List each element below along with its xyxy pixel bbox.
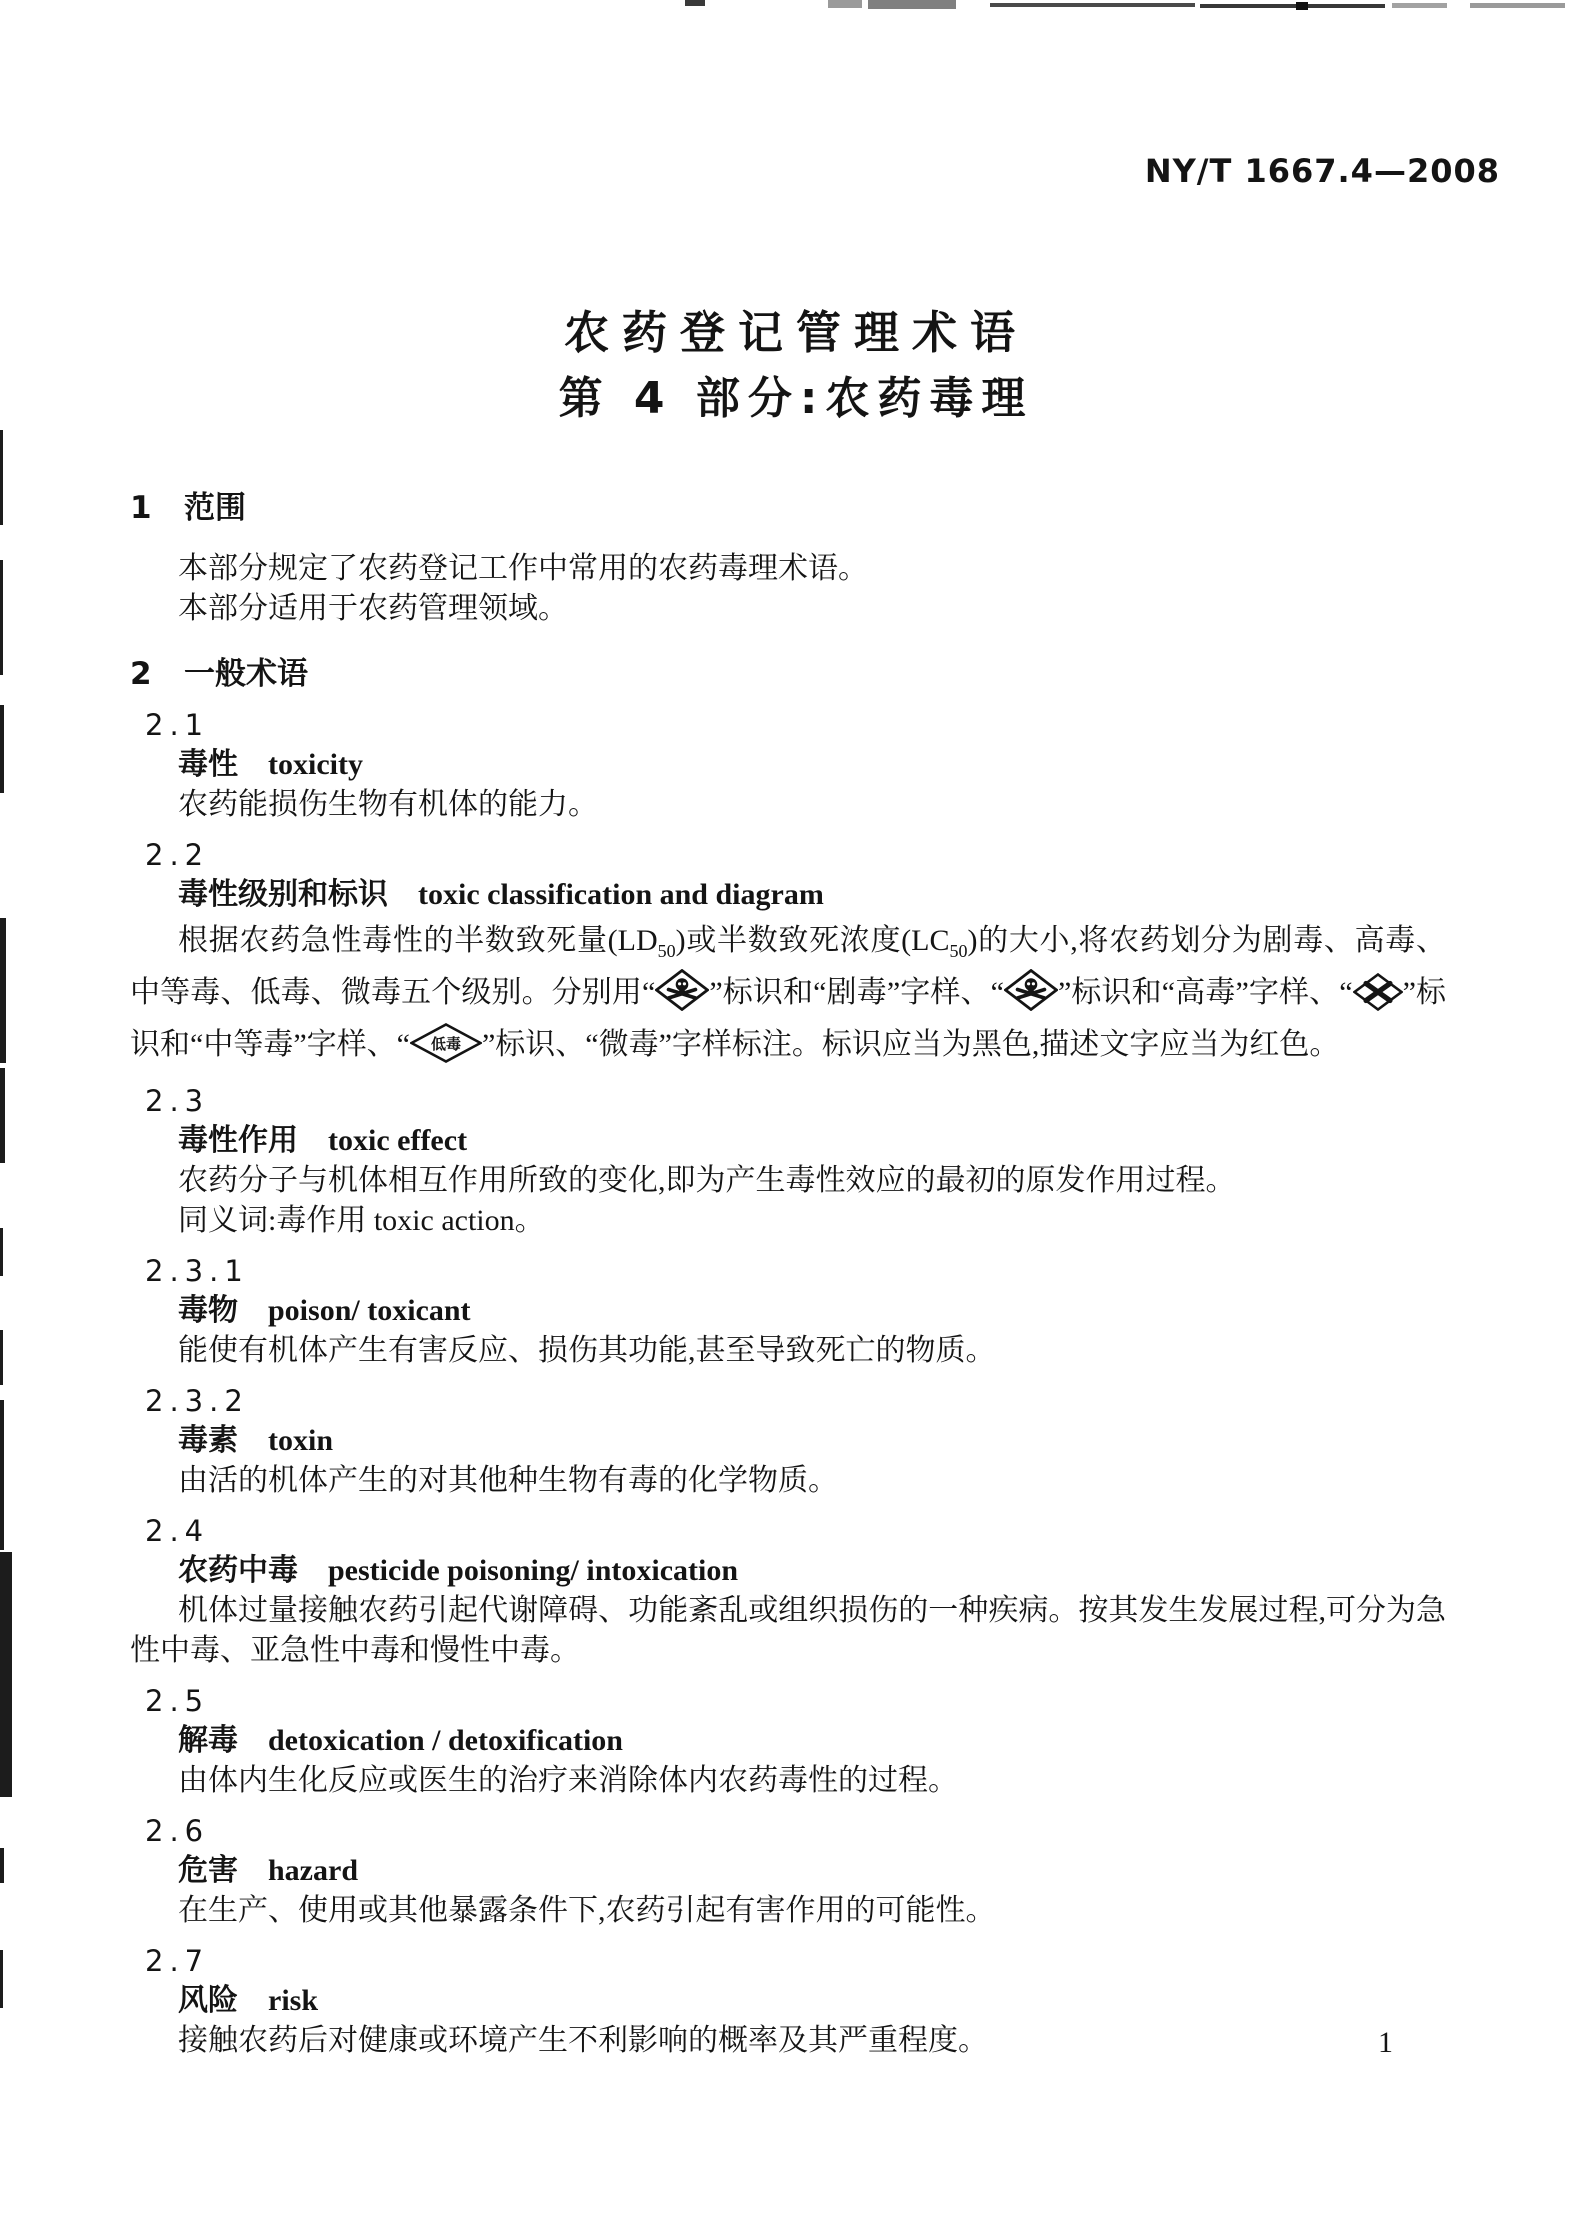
skull-diamond-icon — [655, 969, 709, 1011]
low-toxicity-label: 低毒 — [431, 1035, 461, 1053]
term-english: toxic effect — [328, 1124, 467, 1157]
term-heading: 毒性toxicity — [130, 745, 1446, 785]
term-number: 2.3.1 — [130, 1251, 1446, 1291]
term-definition: 由活的机体产生的对其他种生物有毒的化学物质。 — [130, 1461, 1446, 1501]
subscript: 50 — [949, 941, 967, 961]
term-number: 2.1 — [130, 705, 1446, 745]
scope-paragraphs: 本部分规定了农药登记工作中常用的农药毒理术语。 本部分适用于农药管理领域。 — [130, 549, 1446, 629]
section-heading-label: 范围 — [184, 487, 246, 529]
term-definition: 由体内生化反应或医生的治疗来消除体内农药毒性的过程。 — [130, 1761, 1446, 1801]
term-chinese: 毒性级别和标识 — [178, 877, 388, 912]
paragraph: 本部分适用于农药管理领域。 — [130, 589, 1446, 629]
term-number: 2.6 — [130, 1811, 1446, 1851]
term-definition: 农药能损伤生物有机体的能力。 — [130, 785, 1446, 825]
term-heading: 毒性级别和标识toxic classification and diagram — [130, 875, 1446, 915]
term-definition: 机体过量接触农药引起代谢障碍、功能紊乱或组织损伤的一种疾病。按其发生发展过程,可… — [130, 1591, 1446, 1671]
scan-artifact — [1296, 2, 1308, 10]
page-number: 1 — [1378, 2026, 1393, 2060]
term-english: toxin — [268, 1424, 333, 1457]
document-title: 农药登记管理术语 第 4 部分:农药毒理 — [0, 300, 1592, 432]
term-chinese: 风险 — [178, 1983, 238, 2018]
term-english: poison/ toxicant — [268, 1294, 471, 1327]
term-chinese: 毒性 — [178, 747, 238, 782]
document-body: 1 范围 本部分规定了农药登记工作中常用的农药毒理术语。 本部分适用于农药管理领… — [130, 487, 1446, 2061]
paragraph: 本部分规定了农药登记工作中常用的农药毒理术语。 — [130, 549, 1446, 589]
scan-artifact — [0, 1950, 3, 2008]
term-number: 2.7 — [130, 1941, 1446, 1981]
term-chinese: 危害 — [178, 1853, 238, 1888]
low-toxicity-diamond-icon: 低毒 — [410, 1023, 482, 1063]
section-heading-label: 一般术语 — [184, 653, 308, 695]
term-english: detoxication / detoxification — [268, 1724, 623, 1757]
term-chinese: 毒素 — [178, 1423, 238, 1458]
section-heading-scope: 1 范围 — [130, 487, 1446, 529]
crossbones-diamond-icon — [1353, 973, 1403, 1011]
term-entry: 2.3 毒性作用toxic effect 农药分子与机体相互作用所致的变化,即为… — [130, 1081, 1446, 1241]
section-number: 1 — [130, 487, 184, 529]
term-definition: 根据农药急性毒性的半数致死量(LD50)或半数致死浓度(LC50)的大小,将农药… — [130, 915, 1446, 1071]
scan-artifact — [0, 430, 3, 525]
term-heading: 危害hazard — [130, 1851, 1446, 1891]
term-heading: 毒物poison/ toxicant — [130, 1291, 1446, 1331]
standard-number: NY/T 1667.4—2008 — [1145, 152, 1500, 190]
term-number: 2.3.2 — [130, 1381, 1446, 1421]
text-run: ”标识、“微毒”字样标注。标识应当为黑色,描述文字应当为红色。 — [482, 1028, 1339, 1061]
term-chinese: 解毒 — [178, 1723, 238, 1758]
term-number: 2.4 — [130, 1511, 1446, 1551]
scan-artifact — [0, 1068, 5, 1163]
term-synonym: 同义词:毒作用 toxic action。 — [130, 1201, 1446, 1241]
scan-artifact — [1392, 3, 1447, 8]
term-entry: 2.3.1 毒物poison/ toxicant 能使有机体产生有害反应、损伤其… — [130, 1251, 1446, 1371]
skull-diamond-icon — [1004, 969, 1058, 1011]
scan-artifact — [1470, 3, 1565, 8]
term-heading: 毒性作用toxic effect — [130, 1121, 1446, 1161]
title-line-2: 第 4 部分:农药毒理 — [0, 366, 1592, 432]
term-number: 2.5 — [130, 1681, 1446, 1721]
term-definition: 农药分子与机体相互作用所致的变化,即为产生毒性效应的最初的原发作用过程。 — [130, 1161, 1446, 1201]
term-entry: 2.3.2 毒素toxin 由活的机体产生的对其他种生物有毒的化学物质。 — [130, 1381, 1446, 1501]
scan-artifact — [0, 705, 4, 793]
scan-artifact — [0, 1848, 4, 1883]
scan-artifact — [828, 0, 862, 8]
scan-artifact — [0, 1400, 4, 1550]
title-line-1: 农药登记管理术语 — [0, 300, 1592, 366]
term-definition: 在生产、使用或其他暴露条件下,农药引起有害作用的可能性。 — [130, 1891, 1446, 1931]
term-entry: 2.6 危害hazard 在生产、使用或其他暴露条件下,农药引起有害作用的可能性… — [130, 1811, 1446, 1931]
scan-artifact — [0, 918, 6, 1063]
section-heading-general: 2 一般术语 — [130, 653, 1446, 695]
term-entry: 2.7 风险risk 接触农药后对健康或环境产生不利影响的概率及其严重程度。 — [130, 1941, 1446, 2061]
term-entry: 2.2 毒性级别和标识toxic classification and diag… — [130, 835, 1446, 1071]
scan-artifact — [0, 1330, 3, 1385]
term-english: toxicity — [268, 748, 363, 781]
term-entry: 2.1 毒性toxicity 农药能损伤生物有机体的能力。 — [130, 705, 1446, 825]
term-heading: 毒素toxin — [130, 1421, 1446, 1461]
term-number: 2.3 — [130, 1081, 1446, 1121]
scan-artifact — [990, 3, 1195, 7]
scan-artifact — [0, 1552, 12, 1797]
scan-artifact — [0, 1228, 3, 1276]
term-heading: 解毒detoxication / detoxification — [130, 1721, 1446, 1761]
term-heading: 农药中毒pesticide poisoning/ intoxication — [130, 1551, 1446, 1591]
term-heading: 风险risk — [130, 1981, 1446, 2021]
term-english: risk — [268, 1984, 318, 2017]
text-run: )或半数致死浓度(LC — [676, 924, 950, 957]
term-chinese: 农药中毒 — [178, 1553, 298, 1588]
subscript: 50 — [658, 941, 676, 961]
scan-artifact — [0, 560, 3, 675]
document-page: NY/T 1667.4—2008 农药登记管理术语 第 4 部分:农药毒理 1 … — [0, 0, 1592, 2213]
term-number: 2.2 — [130, 835, 1446, 875]
scan-artifact — [685, 0, 705, 6]
term-entry: 2.4 农药中毒pesticide poisoning/ intoxicatio… — [130, 1511, 1446, 1671]
term-chinese: 毒物 — [178, 1293, 238, 1328]
section-number: 2 — [130, 653, 184, 695]
term-definition: 接触农药后对健康或环境产生不利影响的概率及其严重程度。 — [130, 2021, 1446, 2061]
term-english: hazard — [268, 1854, 358, 1887]
scan-artifact — [868, 0, 956, 9]
text-run: ”标识和“剧毒”字样、“ — [709, 976, 1004, 1009]
term-definition: 能使有机体产生有害反应、损伤其功能,甚至导致死亡的物质。 — [130, 1331, 1446, 1371]
term-chinese: 毒性作用 — [178, 1123, 298, 1158]
term-entry: 2.5 解毒detoxication / detoxification 由体内生… — [130, 1681, 1446, 1801]
term-english: pesticide poisoning/ intoxication — [328, 1554, 738, 1587]
text-run: ”标识和“高毒”字样、“ — [1058, 976, 1353, 1009]
text-run: 根据农药急性毒性的半数致死量(LD — [178, 924, 658, 957]
term-english: toxic classification and diagram — [418, 878, 824, 911]
scan-artifact — [1200, 4, 1385, 8]
